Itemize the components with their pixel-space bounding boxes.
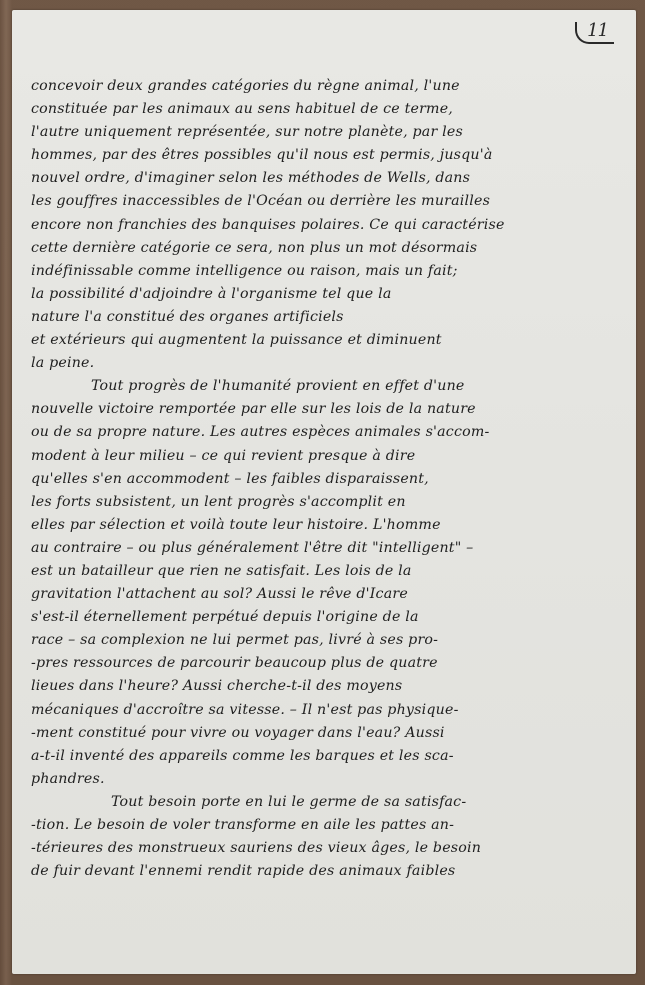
text-line: de fuir devant l'ennemi rendit rapide de…: [31, 860, 629, 883]
text-line: l'autre uniquement représentée, sur notr…: [31, 121, 629, 144]
handwritten-text-block: concevoir deux grandes catégories du règ…: [31, 75, 629, 883]
text-line: -ment constitué pour vivre ou voyager da…: [31, 722, 629, 745]
text-line: -tion. Le besoin de voler transforme en …: [31, 814, 629, 837]
text-line: modent à leur milieu – ce qui revient pr…: [31, 445, 629, 468]
text-line: les gouffres inaccessibles de l'Océan ou…: [31, 190, 629, 213]
text-line: encore non franchies des banquises polai…: [31, 214, 629, 237]
text-line: et extérieurs qui augmentent la puissanc…: [31, 329, 629, 352]
text-line: mécaniques d'accroître sa vitesse. – Il …: [31, 699, 629, 722]
text-line: a-t-il inventé des appareils comme les b…: [31, 745, 629, 768]
text-line: indéfinissable comme intelligence ou rai…: [31, 260, 629, 283]
text-line: est un batailleur que rien ne satisfait.…: [31, 560, 629, 583]
manuscript-page: 11 concevoir deux grandes catégories du …: [12, 10, 636, 974]
text-line: hommes, par des êtres possibles qu'il no…: [31, 144, 629, 167]
text-line: la possibilité d'adjoindre à l'organisme…: [31, 283, 629, 306]
text-line: nature l'a constitué des organes artific…: [31, 306, 629, 329]
text-line: -pres ressources de parcourir beaucoup p…: [31, 652, 629, 675]
text-line: nouvel ordre, d'imaginer selon les métho…: [31, 167, 629, 190]
text-line: lieues dans l'heure? Aussi cherche-t-il …: [31, 675, 629, 698]
text-line: concevoir deux grandes catégories du règ…: [31, 75, 629, 98]
text-line: la peine.: [31, 352, 629, 375]
text-line: cette dernière catégorie ce sera, non pl…: [31, 237, 629, 260]
text-line: s'est-il éternellement perpétué depuis l…: [31, 606, 629, 629]
text-line: race – sa complexion ne lui permet pas, …: [31, 629, 629, 652]
text-line: les forts subsistent, un lent progrès s'…: [31, 491, 629, 514]
text-line: au contraire – ou plus généralement l'êt…: [31, 537, 629, 560]
text-line: phandres.: [31, 768, 629, 791]
paragraph-start-line: Tout progrès de l'humanité provient en e…: [31, 375, 629, 398]
text-line: nouvelle victoire remportée par elle sur…: [31, 398, 629, 421]
text-line: ou de sa propre nature. Les autres espèc…: [31, 421, 629, 444]
text-line: -térieures des monstrueux sauriens des v…: [31, 837, 629, 860]
text-line: elles par sélection et voilà toute leur …: [31, 514, 629, 537]
text-line: qu'elles s'en accommodent – les faibles …: [31, 468, 629, 491]
text-line: constituée par les animaux au sens habit…: [31, 98, 629, 121]
paragraph-start-line: Tout besoin porte en lui le germe de sa …: [31, 791, 629, 814]
page-number: 11: [575, 22, 614, 44]
text-line: gravitation l'attachent au sol? Aussi le…: [31, 583, 629, 606]
